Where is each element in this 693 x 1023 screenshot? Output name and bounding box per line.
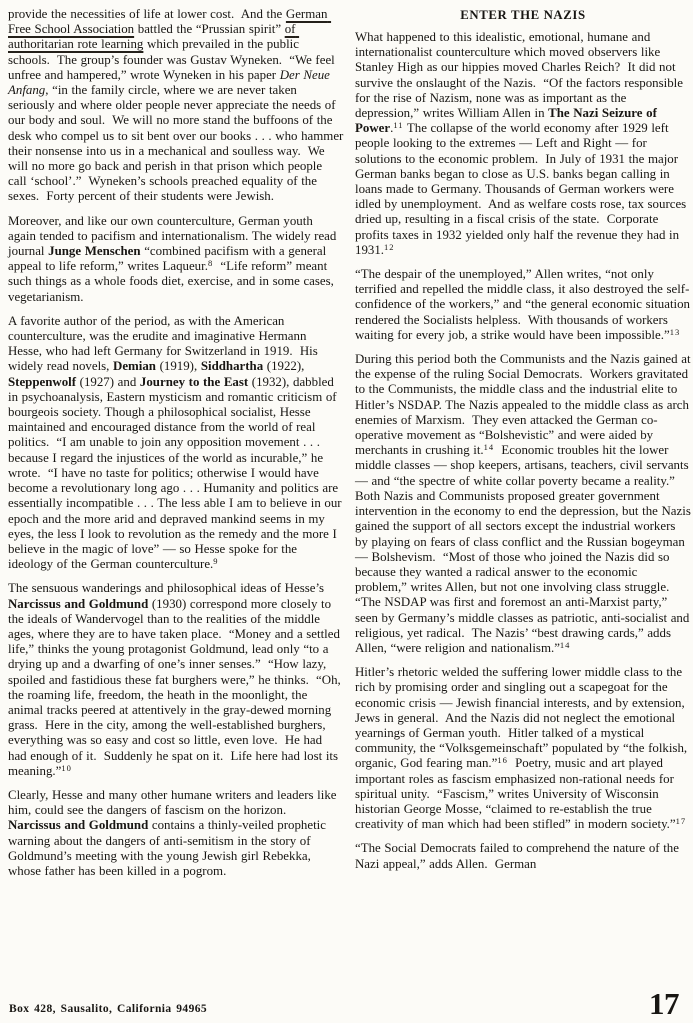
text-run: (1927) and (76, 375, 140, 389)
right-column: ENTER THE NAZIS What happened to this id… (355, 7, 691, 888)
text-run: battled the “Prussian spirit” (134, 22, 285, 36)
footnote-reference: 13 (670, 327, 681, 337)
text-run: Narcissus and Goldmund (8, 597, 148, 611)
paragraph: The sensuous wanderings and philosophica… (8, 581, 344, 779)
paragraph: “The Social Democrats failed to comprehe… (355, 841, 691, 871)
footnote-reference: 10 (61, 763, 72, 773)
footnote-reference: 14 (560, 640, 571, 650)
text-run: , “in the family circle, where we are ne… (8, 83, 347, 203)
text-run: Hitler’s rhetoric welded the suffering l… (355, 665, 691, 770)
footnote-reference: 14 (484, 442, 495, 452)
text-run: (1930) correspond more closely to the id… (8, 597, 344, 778)
footnote-reference: 16 (497, 755, 508, 765)
text-run: Narcissus and Goldmund (8, 818, 148, 832)
text-run: The collapse of the world economy after … (355, 121, 690, 257)
text-run: (1932), dabbled in psychoanalysis, Easte… (8, 375, 345, 571)
text-run: (1919), (156, 359, 201, 373)
paragraph: During this period both the Communists a… (355, 352, 691, 656)
text-run: Journey to the East (140, 375, 248, 389)
right-column-body: What happened to this idealistic, emotio… (355, 30, 691, 872)
text-run: “The Social Democrats failed to comprehe… (355, 841, 683, 870)
text-run: “The despair of the unemployed,” Allen w… (355, 267, 693, 342)
paragraph: Moreover, and like our own countercultur… (8, 214, 344, 305)
paragraph: Hitler’s rhetoric welded the suffering l… (355, 665, 691, 832)
text-run: (1922), (263, 359, 308, 373)
scanned-document-page: provide the necessities of life at lower… (0, 0, 693, 1023)
two-column-layout: provide the necessities of life at lower… (8, 7, 687, 888)
text-run: Demian (113, 359, 156, 373)
paragraph: Clearly, Hesse and many other humane wri… (8, 788, 344, 879)
paragraph: provide the necessities of life at lower… (8, 7, 344, 205)
section-heading: ENTER THE NAZIS (355, 8, 691, 23)
text-run: Steppenwolf (8, 375, 76, 389)
text-run: Junge Menschen (48, 244, 140, 258)
text-run: During this period both the Communists a… (355, 352, 693, 457)
page-number: 17 (649, 986, 679, 1022)
text-run: Clearly, Hesse and many other humane wri… (8, 788, 340, 817)
text-run: Economic troubles hit the lower middle c… (355, 443, 693, 655)
paragraph: What happened to this idealistic, emotio… (355, 30, 691, 258)
paragraph: “The despair of the unemployed,” Allen w… (355, 267, 691, 343)
text-run: Siddhartha (201, 359, 263, 373)
footnote-reference: 12 (384, 242, 395, 252)
footnote-reference: 17 (676, 816, 687, 826)
text-run: provide the necessities of life at lower… (8, 7, 286, 21)
text-run: The sensuous wanderings and philosophica… (8, 581, 328, 595)
left-column: provide the necessities of life at lower… (8, 7, 344, 888)
footnote-reference: 9 (213, 556, 218, 566)
publisher-address: Box 428, Sausalito, California 94965 (9, 1003, 207, 1015)
footnote-reference: 11 (393, 120, 403, 130)
paragraph: A favorite author of the period, as with… (8, 314, 344, 572)
